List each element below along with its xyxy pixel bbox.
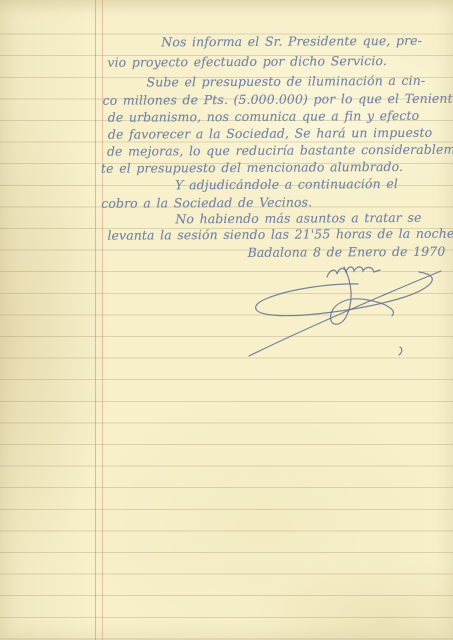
handwritten-line: Y adjudicándole a continuación el <box>175 176 398 193</box>
handwritten-text-block: Nos informa el Sr. Presidente que, pre- … <box>0 0 453 640</box>
handwritten-line: vio proyecto efectuado por dicho Servici… <box>107 53 387 71</box>
handwritten-line: cobro a la Sociedad de Vecinos. <box>101 194 312 211</box>
handwritten-line: Nos informa el Sr. Presidente que, pre- <box>161 33 422 51</box>
scanned-document-page: Nos informa el Sr. Presidente que, pre- … <box>0 0 453 640</box>
handwritten-line: te el presupuesto del mencionado alumbra… <box>101 159 403 177</box>
handwritten-line: co millones de Pts. (5.000.000) por lo q… <box>103 91 453 109</box>
handwritten-line: No habiendo más asuntos a tratar se <box>175 210 421 228</box>
handwritten-line: levanta la sesión siendo las 21'55 horas… <box>107 226 453 244</box>
handwritten-line: Sube el presupuesto de iluminación a cin… <box>146 73 425 91</box>
handwritten-line: de favorecer a la Sociedad, Se hará un i… <box>108 125 432 143</box>
handwritten-line: de urbanismo, nos comunica que a fin y e… <box>108 108 420 126</box>
handwritten-line: de mejoras, lo que reduciría bastante co… <box>107 141 453 159</box>
handwritten-date-line: Badalona 8 de Enero de 1970 <box>247 244 445 261</box>
